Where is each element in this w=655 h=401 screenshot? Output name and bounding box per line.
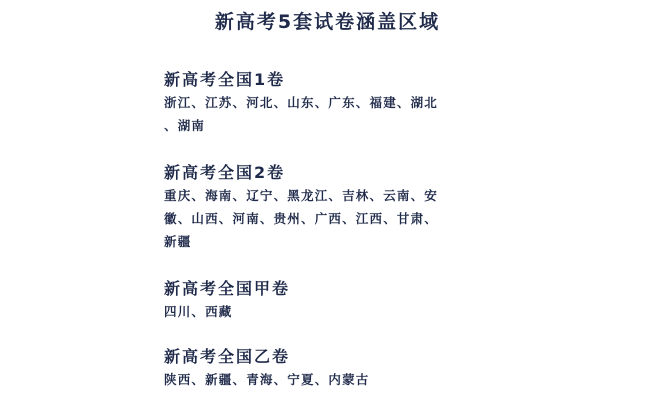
region-list: 重庆、海南、辽宁、黑龙江、吉林、云南、安 徽、山西、河南、贵州、广西、江西、甘肃… [164, 184, 494, 253]
section-heading: 新高考全国乙卷 [164, 346, 494, 368]
section-national-paper-2: 新高考全国2卷 重庆、海南、辽宁、黑龙江、吉林、云南、安 徽、山西、河南、贵州、… [164, 162, 494, 253]
region-line: 陕西、新疆、青海、宁夏、内蒙古 [164, 368, 494, 391]
region-line: 徽、山西、河南、贵州、广西、江西、甘肃、 [164, 207, 494, 230]
section-national-paper-yi: 新高考全国乙卷 陕西、新疆、青海、宁夏、内蒙古 [164, 346, 494, 391]
section-heading: 新高考全国1卷 [164, 69, 494, 91]
page-title: 新高考5套试卷涵盖区域 [0, 7, 655, 34]
region-list: 陕西、新疆、青海、宁夏、内蒙古 [164, 368, 494, 391]
region-line: 浙江、江苏、河北、山东、广东、福建、湖北 [164, 91, 494, 114]
section-heading: 新高考全国2卷 [164, 162, 494, 184]
region-list: 浙江、江苏、河北、山东、广东、福建、湖北 、湖南 [164, 91, 494, 137]
section-heading: 新高考全国甲卷 [164, 278, 494, 300]
section-national-paper-jia: 新高考全国甲卷 四川、西藏 [164, 278, 494, 323]
section-national-paper-1: 新高考全国1卷 浙江、江苏、河北、山东、广东、福建、湖北 、湖南 [164, 69, 494, 137]
region-list: 四川、西藏 [164, 300, 494, 323]
region-line: 、湖南 [164, 114, 494, 137]
region-line: 新疆 [164, 230, 494, 253]
region-line: 重庆、海南、辽宁、黑龙江、吉林、云南、安 [164, 184, 494, 207]
region-line: 四川、西藏 [164, 300, 494, 323]
